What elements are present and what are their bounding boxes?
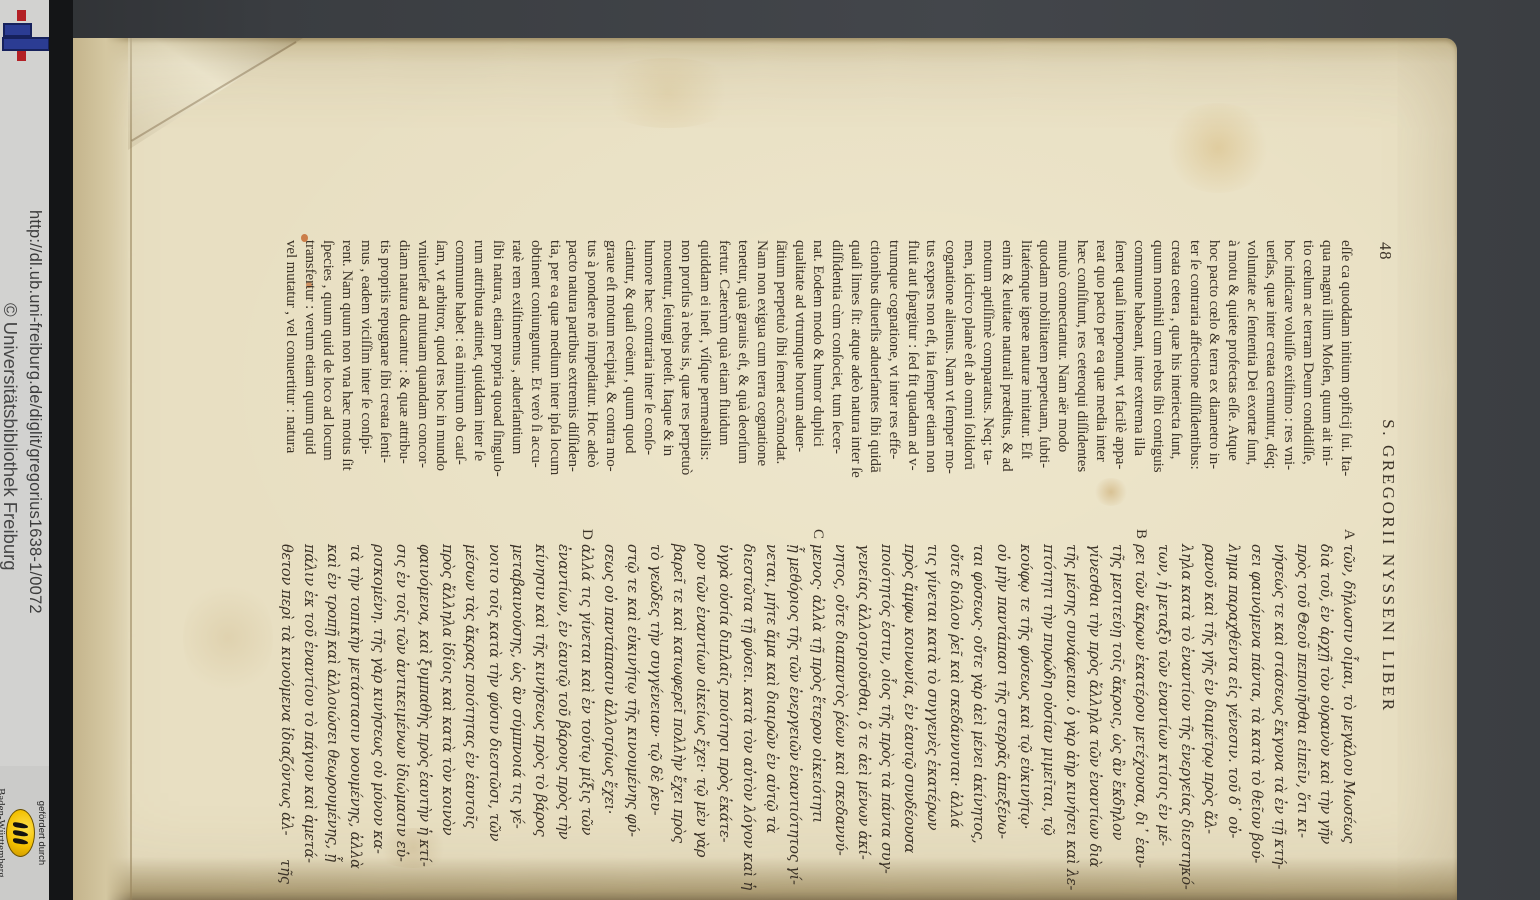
funding-block: gefördert durch Baden-Württemberg: [0, 766, 49, 900]
url-watermark: http://dl.ub.uni-freiburg.de/diglit/greg…: [25, 210, 44, 614]
scan-viewer: { "frame": { "background_color": "#3c3f4…: [0, 0, 1540, 900]
gutter-letter-D: D: [578, 529, 595, 540]
calibration-blue-bar-long: [2, 37, 50, 51]
funding-region-label: Baden-Württemberg: [0, 766, 6, 900]
copyright-watermark: © Universitätsbibliothek Freiburg: [0, 303, 21, 571]
funding-label: gefördert durch: [36, 766, 47, 900]
gutter-letter-A: A: [1340, 529, 1357, 540]
page-content-rotated: 48 S. GREGORII NYSSENI LIBER eſſe ca quo…: [70, 38, 1455, 900]
library-strip: © Universitätsbibliothek Freiburg http:/…: [0, 0, 49, 900]
calibration-red-square-top: [17, 10, 26, 21]
lion-glyph: [13, 821, 28, 829]
calibration-blue-bar-short: [3, 23, 32, 37]
catchword: τῆς: [277, 544, 293, 884]
baden-wuerttemberg-coat-of-arms-icon: [6, 809, 35, 857]
gutter-letter-C: C: [809, 529, 826, 539]
lion-glyph: [13, 837, 28, 845]
lion-glyph: [13, 829, 28, 837]
gutter-letter-B: B: [1132, 529, 1149, 539]
calibration-red-square-bottom: [17, 51, 26, 61]
